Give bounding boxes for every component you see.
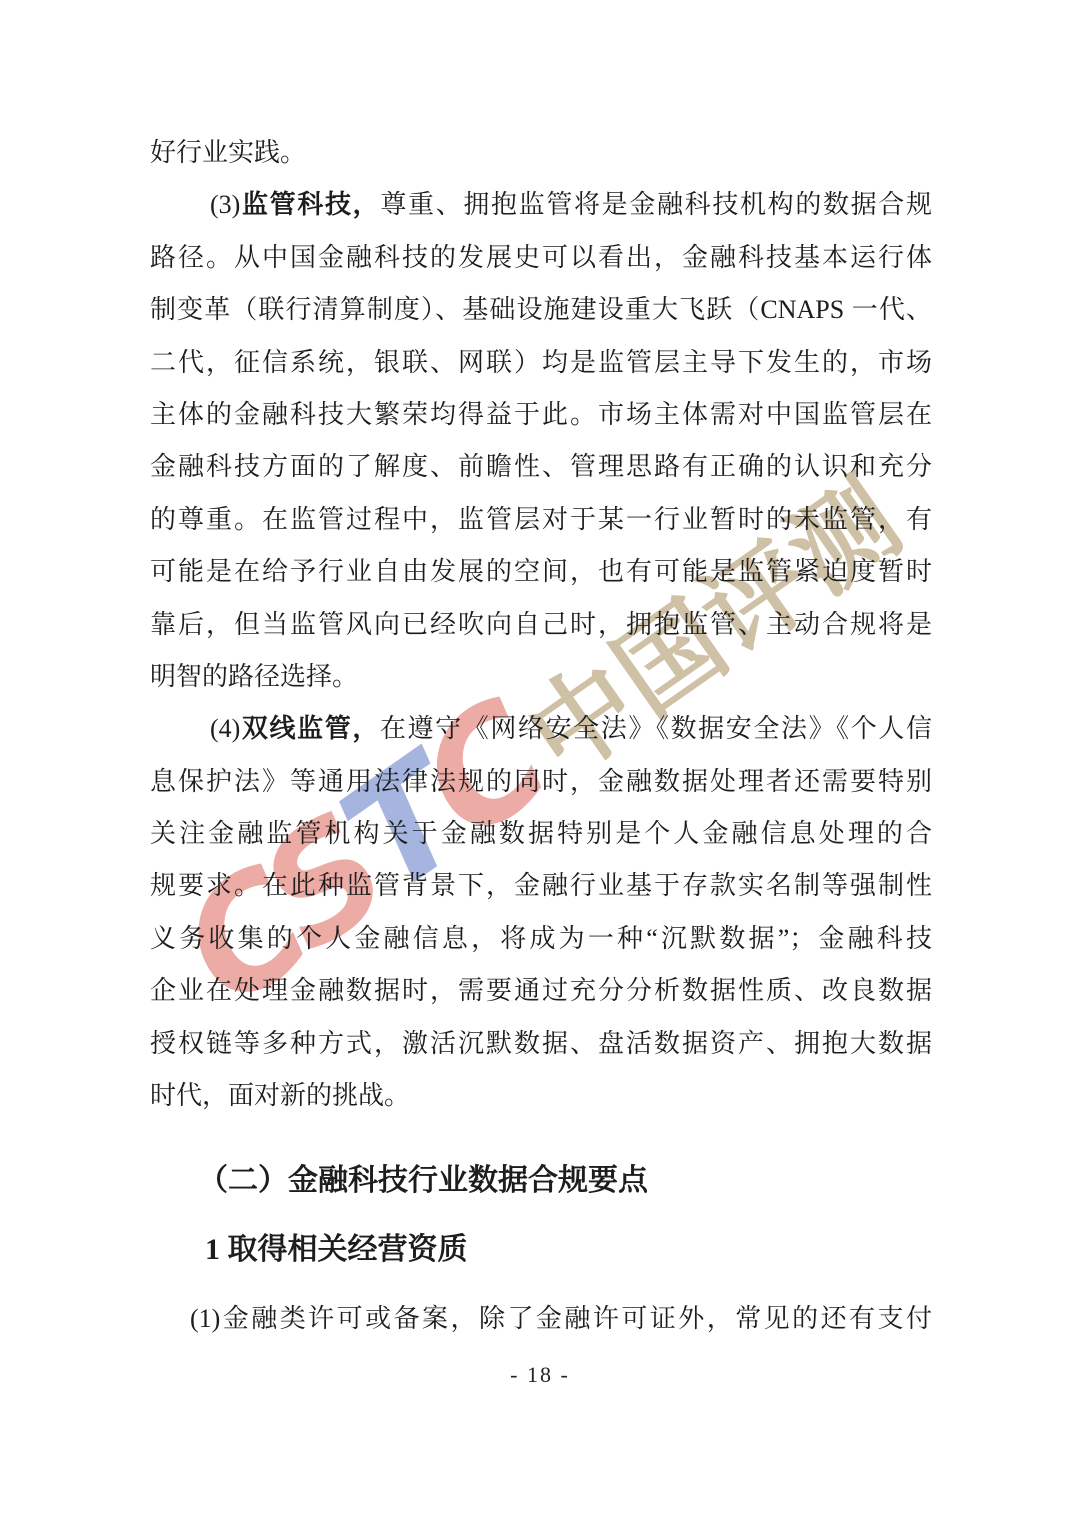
text-line: 金融科技方面的了解度、前瞻性、管理思路有正确的认识和充分	[150, 441, 932, 493]
bold-run: 双线监管，	[240, 714, 380, 743]
text-run: 制变革（联行清算制度）、基础设施建设重大飞跃（CNAPS 一代、	[150, 295, 932, 324]
text-line: 义务收集的个人金融信息，将成为一种“沉默数据”；金融科技	[150, 913, 932, 965]
text-line: 靠后，但当监管风向已经吹向自己时，拥抱监管、主动合规将是	[150, 599, 932, 651]
text-run: 路径。从中国金融科技的发展史可以看出，金融科技基本运行体	[150, 243, 932, 272]
text-run: 义务收集的个人金融信息，将成为一种“沉默数据”；金融科技	[150, 924, 932, 953]
text-run: 时代，面对新的挑战。	[150, 1081, 410, 1110]
document-page: CSTC中国评测 好行业实践。(3)监管科技，尊重、拥抱监管将是金融科技机构的数…	[0, 0, 1080, 1527]
text-run: (4)	[210, 714, 240, 743]
text-line: 好行业实践。	[150, 127, 932, 179]
bold-run: 1 取得相关经营资质	[205, 1233, 468, 1266]
text-run: 在遵守《网络安全法》《数据安全法》《个人信	[380, 714, 932, 743]
text-run: 关注金融监管机构关于金融数据特别是个人金融信息处理的合	[150, 819, 932, 848]
text-line: 关注金融监管机构关于金融数据特别是个人金融信息处理的合	[150, 808, 932, 860]
text-run: 规要求。在此种监管背景下，金融行业基于存款实名制等强制性	[150, 871, 932, 900]
text-run: 明智的路径选择。	[150, 662, 358, 691]
text-line: 息保护法》等通用法律法规的同时，金融数据处理者还需要特别	[150, 756, 932, 808]
text-line: 二代，征信系统，银联、网联）均是监管层主导下发生的，市场	[150, 337, 932, 389]
text-line: 时代，面对新的挑战。	[150, 1070, 932, 1122]
text-line: 制变革（联行清算制度）、基础设施建设重大飞跃（CNAPS 一代、	[150, 284, 932, 336]
text-run: 主体的金融科技大繁荣均得益于此。市场主体需对中国监管层在	[150, 400, 932, 429]
text-line: (1)金融类许可或备案，除了金融许可证外，常见的还有支付	[150, 1293, 932, 1345]
bold-run: 监管科技，	[240, 190, 380, 219]
text-run: 的尊重。在监管过程中，监管层对于某一行业暂时的未监管，有	[150, 505, 932, 534]
text-line: (3)监管科技，尊重、拥抱监管将是金融科技机构的数据合规	[150, 179, 932, 231]
text-line: 明智的路径选择。	[150, 651, 932, 703]
text-run: (3)	[210, 190, 240, 219]
bold-run: （二）金融科技行业数据合规要点	[198, 1164, 648, 1197]
section-heading: （二）金融科技行业数据合规要点	[150, 1155, 932, 1207]
page-number: - 18 -	[0, 1362, 1080, 1388]
text-line: 路径。从中国金融科技的发展史可以看出，金融科技基本运行体	[150, 232, 932, 284]
text-run: 好行业实践。	[150, 138, 306, 167]
text-run: 授权链等多种方式，激活沉默数据、盘活数据资产、拥抱大数据	[150, 1029, 932, 1058]
text-line: 企业在处理金融数据时，需要通过充分分析数据性质、改良数据	[150, 965, 932, 1017]
text-run: 息保护法》等通用法律法规的同时，金融数据处理者还需要特别	[150, 767, 932, 796]
text-run: 二代，征信系统，银联、网联）均是监管层主导下发生的，市场	[150, 348, 932, 377]
text-line: 的尊重。在监管过程中，监管层对于某一行业暂时的未监管，有	[150, 494, 932, 546]
text-line: (4)双线监管，在遵守《网络安全法》《数据安全法》《个人信	[150, 703, 932, 755]
text-line: 可能是在给予行业自由发展的空间，也有可能是监管紧迫度暂时	[150, 546, 932, 598]
text-line: 授权链等多种方式，激活沉默数据、盘活数据资产、拥抱大数据	[150, 1018, 932, 1070]
text-run: 金融科技方面的了解度、前瞻性、管理思路有正确的认识和充分	[150, 452, 932, 481]
text-run: 企业在处理金融数据时，需要通过充分分析数据性质、改良数据	[150, 976, 932, 1005]
text-run: 尊重、拥抱监管将是金融科技机构的数据合规	[380, 190, 932, 219]
text-run: 可能是在给予行业自由发展的空间，也有可能是监管紧迫度暂时	[150, 557, 932, 586]
section-heading: 1 取得相关经营资质	[150, 1224, 932, 1276]
text-run: (1)金融类许可或备案，除了金融许可证外，常见的还有支付	[190, 1304, 932, 1333]
text-line: 规要求。在此种监管背景下，金融行业基于存款实名制等强制性	[150, 860, 932, 912]
document-body: 好行业实践。(3)监管科技，尊重、拥抱监管将是金融科技机构的数据合规路径。从中国…	[150, 127, 932, 1346]
text-run: 靠后，但当监管风向已经吹向自己时，拥抱监管、主动合规将是	[150, 610, 932, 639]
text-line: 主体的金融科技大繁荣均得益于此。市场主体需对中国监管层在	[150, 389, 932, 441]
